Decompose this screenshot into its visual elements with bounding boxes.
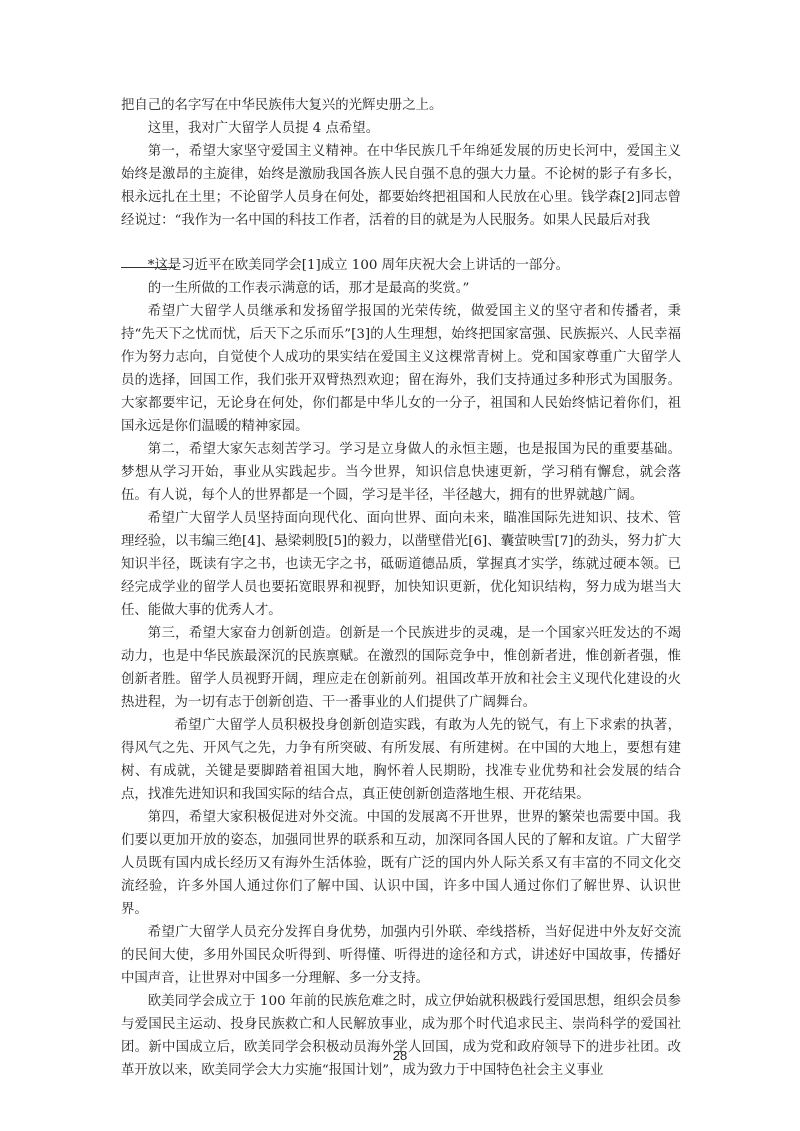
paragraph: 希望广大留学人员继承和发扬留学报国的光荣传统，做爱国主义的坚守者和传播者，秉持“… bbox=[121, 300, 681, 438]
paragraph: 第四，希望大家积极促进对外交流。中国的发展离不开世界，世界的繁荣也需要中国。我们… bbox=[121, 806, 681, 921]
paragraph: 这里，我对广大留学人员提 4 点希望。 bbox=[121, 117, 681, 140]
paragraph: 把自己的名字写在中华民族伟大复兴的光辉史册之上。 bbox=[121, 94, 681, 117]
paragraph: 希望广大留学人员坚持面向现代化、面向世界、面向未来，瞄准国际先进知识、技术、管理… bbox=[121, 507, 681, 622]
paragraph: 第三，希望大家奋力创新创造。创新是一个民族进步的灵魂，是一个国家兴旺发达的不竭动… bbox=[121, 622, 681, 714]
paragraph: 欧美同学会成立于 100 年前的民族危难之时，成立伊始就积极践行爱国思想，组织会… bbox=[121, 990, 681, 1082]
document-page: 把自己的名字写在中华民族伟大复兴的光辉史册之上。 这里，我对广大留学人员提 4 … bbox=[121, 94, 681, 1082]
paragraph: 第一，希望大家坚守爱国主义精神。在中华民族几千年绵延发展的历史长河中，爱国主义始… bbox=[121, 140, 681, 232]
paragraph: 希望广大留学人员积极投身创新创造实践，有敢为人先的锐气，有上下求索的执著，得风气… bbox=[121, 714, 681, 806]
page-number: 28 bbox=[0, 1048, 800, 1063]
paragraph: 第二，希望大家矢志刻苦学习。学习是立身做人的永恒主题，也是报国为民的重要基础。梦… bbox=[121, 438, 681, 507]
paragraph: 希望广大留学人员充分发挥自身优势，加强内引外联、牵线搭桥，当好促进中外友好交流的… bbox=[121, 921, 681, 990]
footnote: *这是习近平在欧美同学会[1]成立 100 周年庆祝大会上讲话的一部分。 bbox=[121, 254, 681, 277]
footnote-separator bbox=[121, 267, 176, 268]
paragraph: 的一生所做的工作表示满意的话，那才是最高的奖赏。” bbox=[121, 277, 681, 300]
footnote-gap bbox=[121, 232, 681, 254]
